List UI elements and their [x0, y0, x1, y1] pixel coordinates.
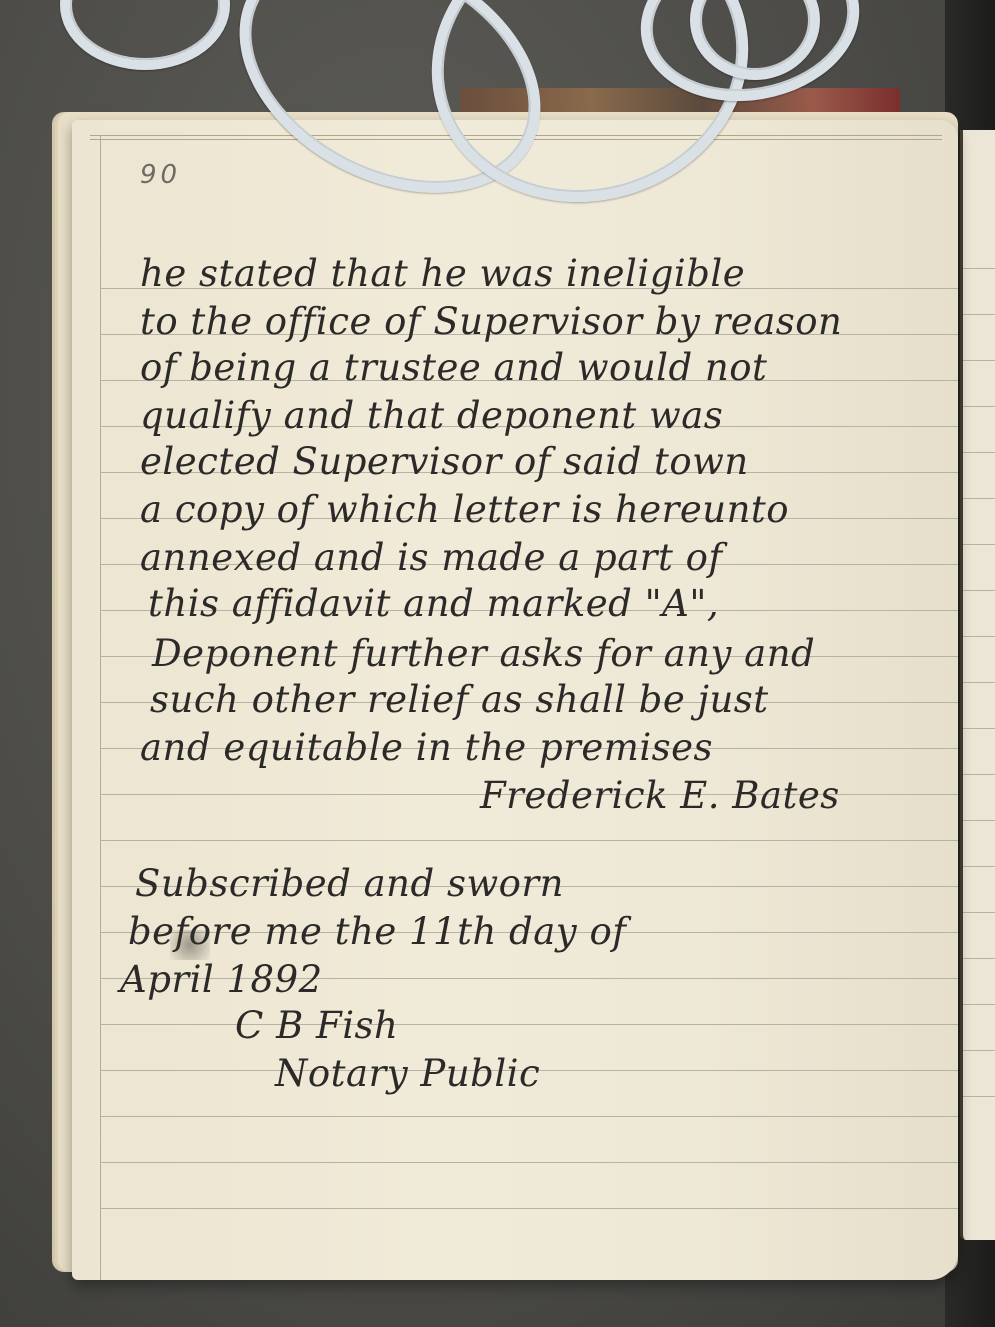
- handwritten-line: qualify and that deponent was: [140, 394, 723, 437]
- handwritten-line: and equitable in the premises: [140, 726, 713, 769]
- ruled-line: [963, 1050, 995, 1051]
- ruled-line: [963, 866, 995, 867]
- ruled-line: [100, 840, 958, 841]
- ruled-line: [963, 728, 995, 729]
- ruled-line: [100, 1208, 958, 1209]
- handwritten-line: elected Supervisor of said town: [140, 440, 749, 483]
- handwritten-line: Deponent further asks for any and: [152, 632, 815, 675]
- deponent-signature: Frederick E. Bates: [480, 774, 840, 817]
- cord-loop: [60, 0, 230, 70]
- ruled-line: [963, 958, 995, 959]
- jurat-line: Subscribed and sworn: [135, 862, 564, 905]
- ruled-line: [963, 544, 995, 545]
- ruled-line: [963, 268, 995, 269]
- handwritten-line: he stated that he was ineligible: [140, 252, 745, 295]
- ruled-line: [963, 774, 995, 775]
- ruled-line: [963, 498, 995, 499]
- ruled-line: [963, 912, 995, 913]
- handwritten-line: to the office of Supervisor by reason: [140, 300, 842, 343]
- ruled-line: [963, 1096, 995, 1097]
- ruled-line: [100, 1162, 958, 1163]
- ink-smudge: [170, 930, 210, 960]
- notary-signature: C B Fish: [235, 1004, 398, 1047]
- handwritten-line: a copy of which letter is hereunto: [140, 488, 789, 531]
- ruled-line: [963, 314, 995, 315]
- ruled-line: [963, 1004, 995, 1005]
- jurat-line: April 1892: [120, 958, 323, 1001]
- page-number: 90: [140, 160, 181, 190]
- facing-page-edge: [960, 130, 995, 1240]
- ruled-line: [963, 360, 995, 361]
- ruled-line: [100, 1116, 958, 1117]
- ruled-line: [963, 452, 995, 453]
- margin-rule: [100, 135, 101, 1280]
- notary-title: Notary Public: [275, 1052, 540, 1095]
- ruled-line: [963, 820, 995, 821]
- ruled-line: [963, 406, 995, 407]
- ruled-line: [963, 590, 995, 591]
- ruled-line: [100, 1024, 958, 1025]
- ruled-line: [963, 682, 995, 683]
- handwritten-line: annexed and is made a part of: [140, 536, 723, 579]
- handwritten-line: this affidavit and marked "A",: [148, 582, 719, 625]
- ruled-line: [963, 636, 995, 637]
- handwritten-line: such other relief as shall be just: [150, 678, 769, 721]
- handwritten-line: of being a trustee and would not: [140, 346, 767, 389]
